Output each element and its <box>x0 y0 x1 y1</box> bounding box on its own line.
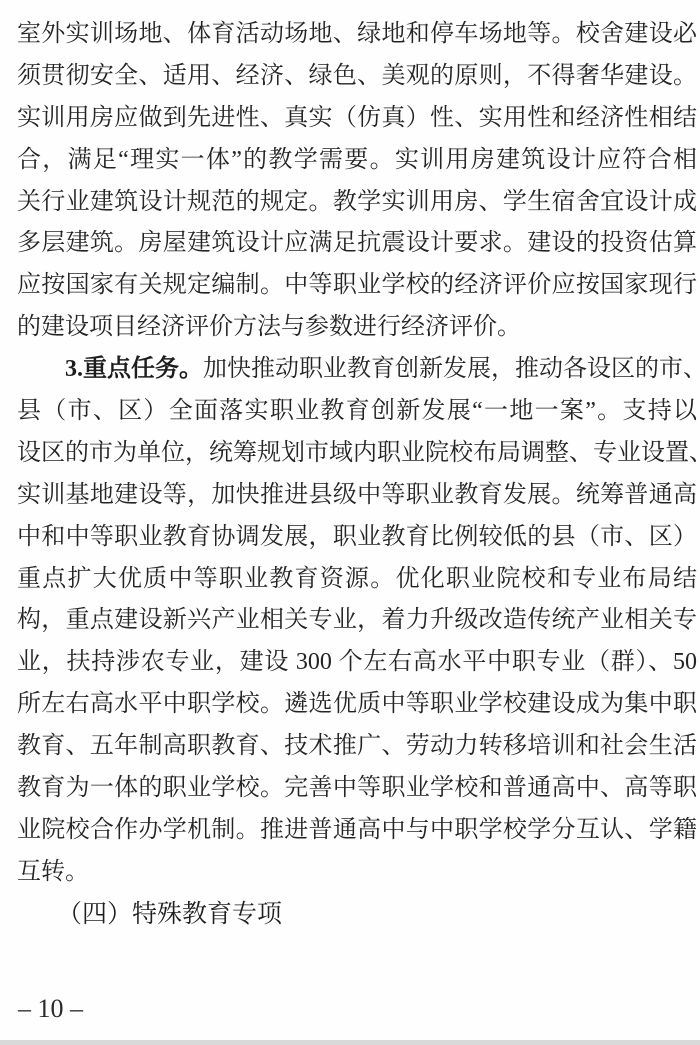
paragraph-line: 中和中等职业教育协调发展，职业教育比例较低的县（市、区） <box>17 517 697 559</box>
paragraph-line: 业，扶持涉农专业，建设 300 个左右高水平中职专业（群）、50 <box>17 642 697 684</box>
paragraph-line: 的建设项目经济评价方法与参数进行经济评价。 <box>17 307 697 349</box>
paragraph-line: 所左右高水平中职学校。遴选优质中等职业学校建设成为集中职 <box>17 684 697 726</box>
paragraph-line: 实训用房应做到先进性、真实（仿真）性、实用性和经济性相结 <box>17 98 697 140</box>
body-text: 室外实训场地、体育活动场地、绿地和停车场地等。校舍建设必 须贯彻安全、适用、经济… <box>17 14 697 936</box>
paragraph-run: 加快推动职业教育创新发展，推动各设区的市、 <box>203 356 700 382</box>
paragraph-line: 互转。 <box>17 852 697 894</box>
paragraph-line: 关行业建筑设计规范的规定。教学实训用房、学生宿舍宜设计成 <box>17 182 697 224</box>
paragraph-line: 构，重点建设新兴产业相关专业，着力升级改造传统产业相关专 <box>17 600 697 642</box>
paragraph-line: 须贯彻安全、适用、经济、绿色、美观的原则，不得奢华建设。 <box>17 56 697 98</box>
paragraph-line: 合，满足“理实一体”的教学需要。实训用房建筑设计应符合相 <box>17 140 697 182</box>
key-task-bold-run: 3.重点任务。 <box>65 356 203 382</box>
paragraph-line: 应按国家有关规定编制。中等职业学校的经济评价应按国家现行 <box>17 265 697 307</box>
paragraph-line: 教育、五年制高职教育、技术推广、劳动力转移培训和社会生活 <box>17 726 697 768</box>
paragraph-line: 3.重点任务。加快推动职业教育创新发展，推动各设区的市、 <box>17 349 697 391</box>
page-number: – 10 – <box>18 996 83 1022</box>
paragraph-line: 室外实训场地、体育活动场地、绿地和停车场地等。校舍建设必 <box>17 14 697 56</box>
paragraph-line: 多层建筑。房屋建筑设计应满足抗震设计要求。建设的投资估算 <box>17 223 697 265</box>
paragraph-line: 县（市、区）全面落实职业教育创新发展“一地一案”。支持以 <box>17 391 697 433</box>
document-page: 室外实训场地、体育活动场地、绿地和停车场地等。校舍建设必 须贯彻安全、适用、经济… <box>0 0 700 1045</box>
paragraph-line: 业院校合作办学机制。推进普通高中与中职学校学分互认、学籍 <box>17 810 697 852</box>
section-heading: （四）特殊教育专项 <box>17 894 697 936</box>
paragraph-line: 实训基地建设等，加快推进县级中等职业教育发展。统筹普通高 <box>17 475 697 517</box>
paragraph-line: 教育为一体的职业学校。完善中等职业学校和普通高中、高等职 <box>17 768 697 810</box>
paragraph-line: 重点扩大优质中等职业教育资源。优化职业院校和专业布局结 <box>17 559 697 601</box>
paragraph-line: 设区的市为单位，统筹规划市域内职业院校布局调整、专业设置、 <box>17 433 697 475</box>
scan-edge-artifact <box>0 1040 700 1045</box>
